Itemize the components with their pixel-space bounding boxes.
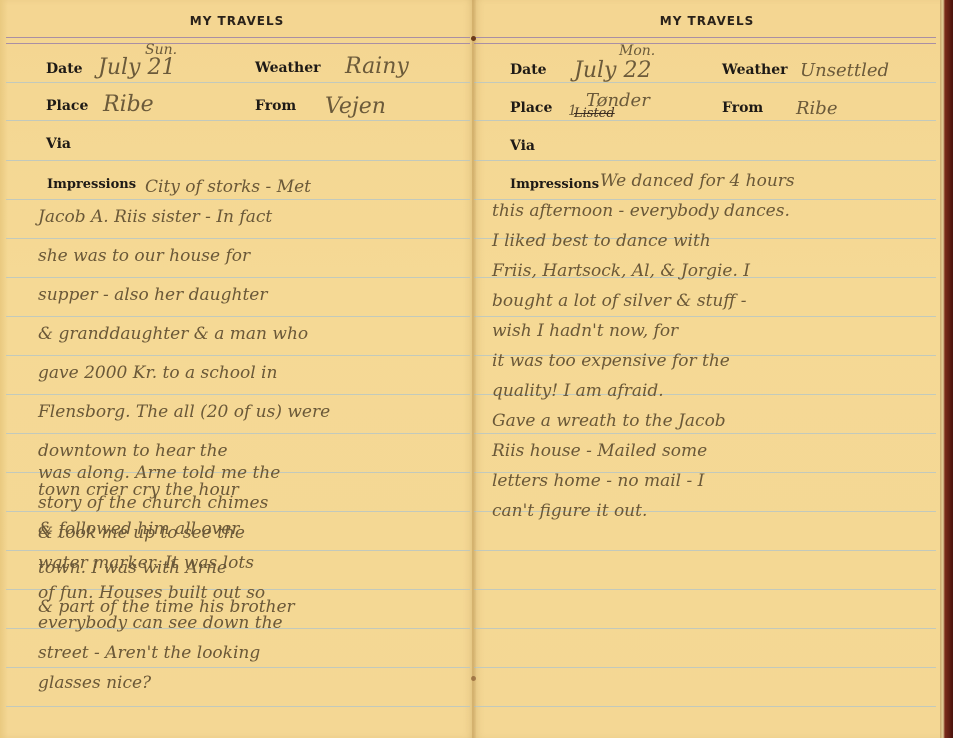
impressions-line: We danced for 4 hours	[600, 166, 795, 196]
impressions-line: letters home - no mail - I	[492, 466, 790, 496]
ruled-line	[6, 120, 470, 121]
header-double-rule	[474, 37, 936, 44]
place-value: Tønder	[586, 90, 650, 111]
weather-label: Weather	[255, 60, 321, 76]
impressions-text: this afternoon - everybody dances. I lik…	[492, 196, 790, 526]
impressions-line: quality! I am afraid.	[492, 376, 790, 406]
ruled-line	[474, 160, 936, 161]
impressions-line: of fun. Houses built out so	[38, 578, 283, 608]
impressions-label: Impressions	[510, 177, 599, 192]
ruled-line	[6, 160, 470, 161]
book-cover-edge	[940, 0, 953, 738]
weather-value: Rainy	[345, 54, 409, 79]
journal-spread: MY TRAVELS Date Sun. July 21 Weather Rai…	[0, 0, 953, 738]
impressions-line: street - Aren't the looking	[38, 638, 283, 668]
ruled-line	[474, 628, 936, 629]
binding-stitch	[471, 36, 476, 41]
date-label: Date	[510, 62, 547, 78]
ruled-line	[474, 706, 936, 707]
page-header: MY TRAVELS	[474, 14, 940, 28]
impressions-line: everybody can see down the	[38, 608, 283, 638]
via-label: Via	[46, 136, 71, 152]
ruled-line	[474, 120, 936, 121]
left-page: MY TRAVELS Date Sun. July 21 Weather Rai…	[0, 0, 474, 738]
impressions-line: & granddaughter & a man who	[38, 315, 330, 354]
from-value: Ribe	[796, 98, 837, 119]
day-value: Mon.	[619, 43, 655, 59]
from-label: From	[722, 100, 763, 116]
impressions-line: Flensborg. The all (20 of us) were	[38, 393, 330, 432]
place-label: Place	[510, 100, 552, 116]
impressions-line: gave 2000 Kr. to a school in	[38, 354, 330, 393]
impressions-line: she was to our house for	[38, 237, 330, 276]
ruled-line	[6, 706, 470, 707]
impressions-line: & took me up to see the	[38, 518, 283, 548]
impressions-first-line: We danced for 4 hours	[600, 166, 795, 196]
header-double-rule	[6, 37, 470, 44]
impressions-line: this afternoon - everybody dances.	[492, 196, 790, 226]
impressions-line: wish I hadn't now, for	[492, 316, 790, 346]
from-label: From	[255, 98, 296, 114]
date-label: Date	[46, 61, 83, 77]
from-value: Vejen	[325, 94, 386, 119]
impressions-line: I liked best to dance with	[492, 226, 790, 256]
impressions-line: Riis house - Mailed some	[492, 436, 790, 466]
impressions-line: Friis, Hartsock, Al, & Jorgie. I	[492, 256, 790, 286]
page-header: MY TRAVELS	[0, 14, 474, 28]
impressions-line: glasses nice?	[38, 668, 283, 698]
impressions-line: can't figure it out.	[492, 496, 790, 526]
ruled-line	[474, 550, 936, 551]
impressions-line: was along. Arne told me the	[38, 458, 283, 488]
ruled-line	[6, 82, 470, 83]
date-value: July 22	[574, 58, 651, 83]
via-label: Via	[510, 138, 535, 154]
impressions-line: Gave a wreath to the Jacob	[492, 406, 790, 436]
ruled-line	[474, 589, 936, 590]
place-label: Place	[46, 98, 88, 114]
binding-stitch	[471, 676, 476, 681]
ruled-line	[474, 667, 936, 668]
impressions-label: Impressions	[47, 177, 136, 192]
weather-label: Weather	[722, 62, 788, 78]
impressions-line: it was too expensive for the	[492, 346, 790, 376]
date-value: July 21	[98, 55, 175, 80]
ruled-line	[474, 82, 936, 83]
impressions-line: water marker. It was lots	[38, 548, 283, 578]
place-value: Ribe	[103, 92, 154, 117]
right-page: MY TRAVELS Date Mon. July 22 Weather Uns…	[474, 0, 940, 738]
weather-value: Unsettled	[800, 60, 889, 81]
impressions-text-cont: was along. Arne told me the story of the…	[38, 458, 283, 698]
impressions-line: bought a lot of silver & stuff -	[492, 286, 790, 316]
impressions-line: supper - also her daughter	[38, 276, 330, 315]
impressions-line: Jacob A. Riis sister - In fact	[38, 198, 330, 237]
book-gutter	[472, 0, 476, 738]
impressions-line: story of the church chimes	[38, 488, 283, 518]
